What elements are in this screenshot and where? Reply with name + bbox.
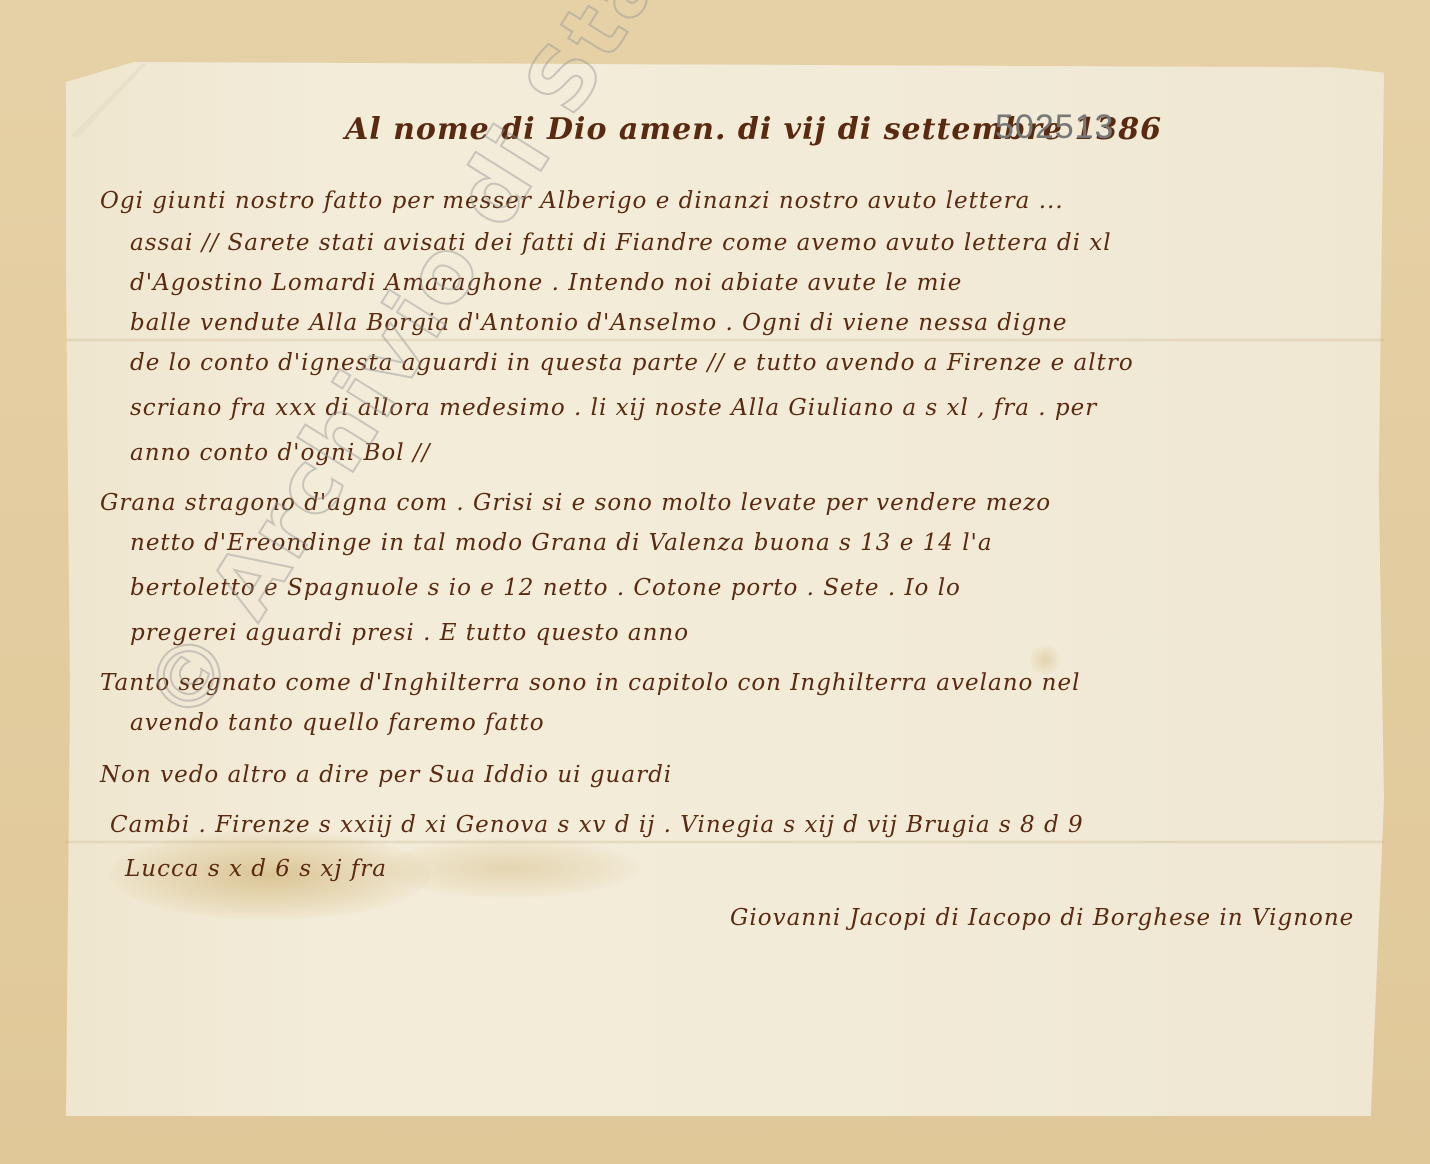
text-line: assai // Sarete stati avisati dei fatti …: [130, 230, 1112, 256]
text-line: Lucca s x d 6 s xj fra: [125, 856, 387, 882]
text-line: d'Agostino Lomardi Amaraghone . Intendo …: [130, 270, 962, 296]
archive-number: 502513: [995, 108, 1114, 147]
text-line: scriano fra xxx di allora medesimo . li …: [130, 395, 1097, 421]
text-line: Non vedo altro a dire per Sua Iddio ui g…: [100, 762, 672, 788]
text-line: Cambi . Firenze s xxiij d xi Genova s xv…: [110, 812, 1084, 838]
text-line: de lo conto d'ignesta aguardi in questa …: [130, 350, 1134, 376]
paper-crease: [66, 338, 1384, 342]
water-stain: [380, 838, 640, 898]
text-line: Ogi giunti nostro fatto per messer Alber…: [100, 188, 1064, 214]
text-line: balle vendute Alla Borgia d'Antonio d'An…: [130, 310, 1068, 336]
signature: Giovanni Jacopi di Iacopo di Borghese in…: [730, 905, 1354, 931]
